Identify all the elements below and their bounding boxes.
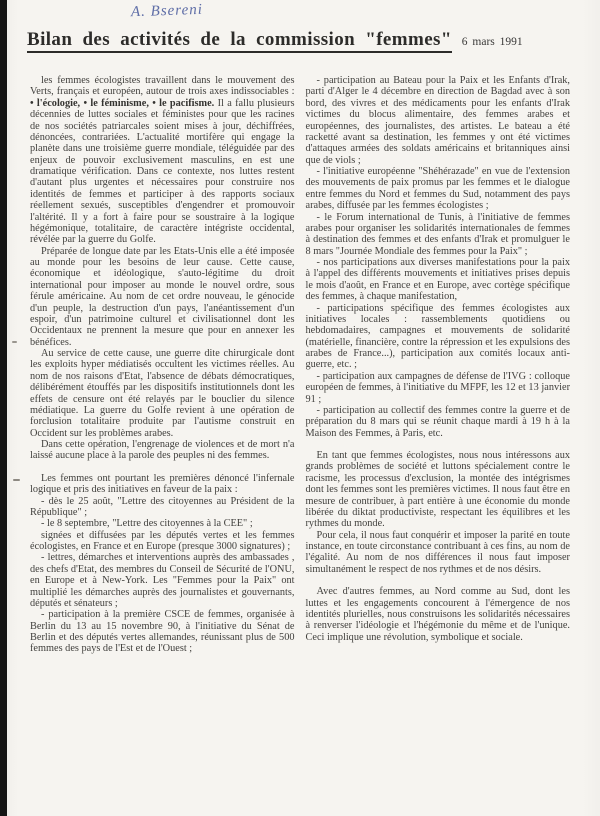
- list-intro: Les femmes ont pourtant les premières dé…: [30, 473, 295, 496]
- page-title: Bilan des activités de la commission "fe…: [27, 29, 452, 53]
- paragraph: Préparée de longue date par les Etats-Un…: [30, 246, 295, 348]
- handwritten-annotation: A. Bsereni: [131, 2, 203, 22]
- scanned-document-page: A. Bsereni Bilan des activités de la com…: [0, 0, 600, 816]
- list-item: - participation au collectif des femmes …: [306, 405, 571, 439]
- list-item: - nos participations aux diverses manife…: [306, 257, 571, 303]
- list-item: signées et diffusées par les députés ver…: [30, 530, 295, 553]
- list-item: - l'initiative européenne "Shéhérazade" …: [306, 166, 571, 212]
- list-item: - lettres, démarches et interventions au…: [30, 552, 295, 609]
- paragraph-axes: les femmes écologistes travaillent dans …: [30, 75, 295, 246]
- paragraph: En tant que femmes écologistes, nous nou…: [306, 450, 571, 530]
- paragraph: Dans cette opération, l'engrenage de vio…: [30, 439, 295, 462]
- list-item: - participation à la première CSCE de fe…: [30, 609, 295, 655]
- paragraph-text: les femmes écologistes travaillent dans …: [30, 75, 295, 97]
- scan-speck: [13, 479, 20, 481]
- two-column-body: les femmes écologistes travaillent dans …: [30, 75, 570, 655]
- list-item: - participations spécifique des femmes é…: [306, 303, 571, 371]
- list-item: - participation aux campagnes de défense…: [306, 371, 571, 405]
- list-item: - le Forum international de Tunis, à l'i…: [306, 212, 571, 258]
- list-item: - participation au Bateau pour la Paix e…: [306, 75, 571, 166]
- document-date: 6 mars 1991: [462, 36, 523, 48]
- list-item: - dès le 25 août, "Lettre des citoyennes…: [30, 496, 295, 519]
- left-column: les femmes écologistes travaillent dans …: [30, 75, 295, 655]
- right-column: - participation au Bateau pour la Paix e…: [306, 75, 571, 655]
- scan-edge-artifact: [0, 0, 7, 816]
- paragraph: Au service de cette cause, une guerre di…: [30, 348, 295, 439]
- paragraph-text: Il a fallu plusieurs décennies de luttes…: [30, 98, 295, 246]
- paragraph: Avec d'autres femmes, au Nord comme au S…: [306, 586, 571, 643]
- document-header: Bilan des activités de la commission "fe…: [27, 29, 573, 51]
- list-item: - le 8 septembre, "Lettre des citoyennes…: [30, 518, 295, 529]
- paragraph: Pour cela, il nous faut conquérir et imp…: [306, 530, 571, 576]
- axes-bold-text: • l'écologie, • le féminisme, • le pacif…: [30, 98, 214, 109]
- scan-speck: [12, 341, 17, 343]
